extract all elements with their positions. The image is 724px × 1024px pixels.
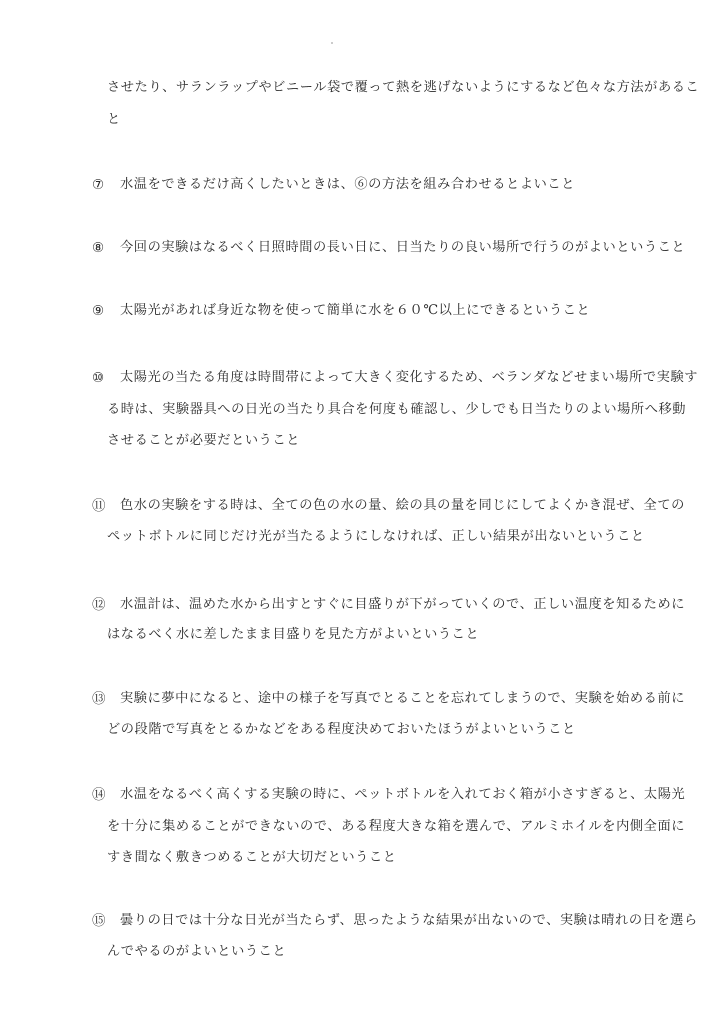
item-number: ⑦ bbox=[92, 177, 104, 193]
item-line: を十分に集めることができないので、ある程度大きな箱を選んで、アルミホイルを内側全… bbox=[107, 819, 685, 835]
item-line: どの段階で写真をとるかなどをある程度決めておいたほうがよいということ bbox=[107, 722, 576, 738]
item-number: ⑫ bbox=[92, 597, 106, 613]
continuation-line-2: と bbox=[107, 112, 121, 128]
item-number: ⑮ bbox=[92, 913, 106, 929]
item-line: 色水の実験をする時は、全ての色の水の量、絵の具の量を同じにしてよくかき混ぜ、全て… bbox=[120, 498, 685, 514]
item-line: させることが必要だということ bbox=[107, 433, 300, 449]
item-number: ⑧ bbox=[92, 240, 104, 256]
item-line: はなるべく水に差したまま目盛りを見た方がよいということ bbox=[107, 627, 479, 643]
item-number: ⑩ bbox=[92, 370, 104, 386]
item-line: 今回の実験はなるべく日照時間の長い日に、日当たりの良い場所で行うのがよいというこ… bbox=[120, 240, 685, 256]
item-number: ⑨ bbox=[92, 303, 104, 319]
item-line: すき間なく敷きつめることが大切だということ bbox=[107, 850, 397, 866]
continuation-line-1: させたり、サランラップやビニール袋で覆って熱を逃げないようにするなど色々な方法が… bbox=[107, 80, 699, 96]
item-number: ⑪ bbox=[92, 498, 106, 514]
item-line: 水温をなるべく高くする実験の時に、ペットボトルを入れておく箱が小さすぎると、太陽… bbox=[120, 787, 685, 803]
item-line: 曇りの日では十分な日光が当たらず、思ったような結果が出ないので、実験は晴れの日を… bbox=[120, 913, 698, 929]
item-number: ⑭ bbox=[92, 787, 106, 803]
item-line: る時は、実験器具への日光の当たり具合を何度も確認し、少しでも日当たりのよい場所へ… bbox=[107, 402, 686, 418]
scan-speck bbox=[331, 42, 333, 44]
item-line: 実験に夢中になると、途中の様子を写真でとることを忘れてしまうので、実験を始める前… bbox=[120, 691, 685, 707]
item-line: 太陽光があれば身近な物を使って簡単に水を６０℃以上にできるということ bbox=[120, 303, 590, 319]
item-line: 水温をできるだけ高くしたいときは、⑥の方法を組み合わせるとよいこと bbox=[120, 177, 575, 193]
item-line: ペットボトルに同じだけ光が当たるようにしなければ、正しい結果が出ないということ bbox=[107, 529, 645, 545]
item-line: 水温計は、温めた水から出すとすぐに目盛りが下がっていくので、正しい温度を知るため… bbox=[120, 597, 685, 613]
item-line: んでやるのがよいということ bbox=[107, 944, 286, 960]
item-number: ⑬ bbox=[92, 691, 106, 707]
item-line: 太陽光の当たる角度は時間帯によって大きく変化するため、ベランダなどせまい場所で実… bbox=[120, 370, 698, 386]
document-page: させたり、サランラップやビニール袋で覆って熱を逃げないようにするなど色々な方法が… bbox=[0, 0, 724, 1024]
